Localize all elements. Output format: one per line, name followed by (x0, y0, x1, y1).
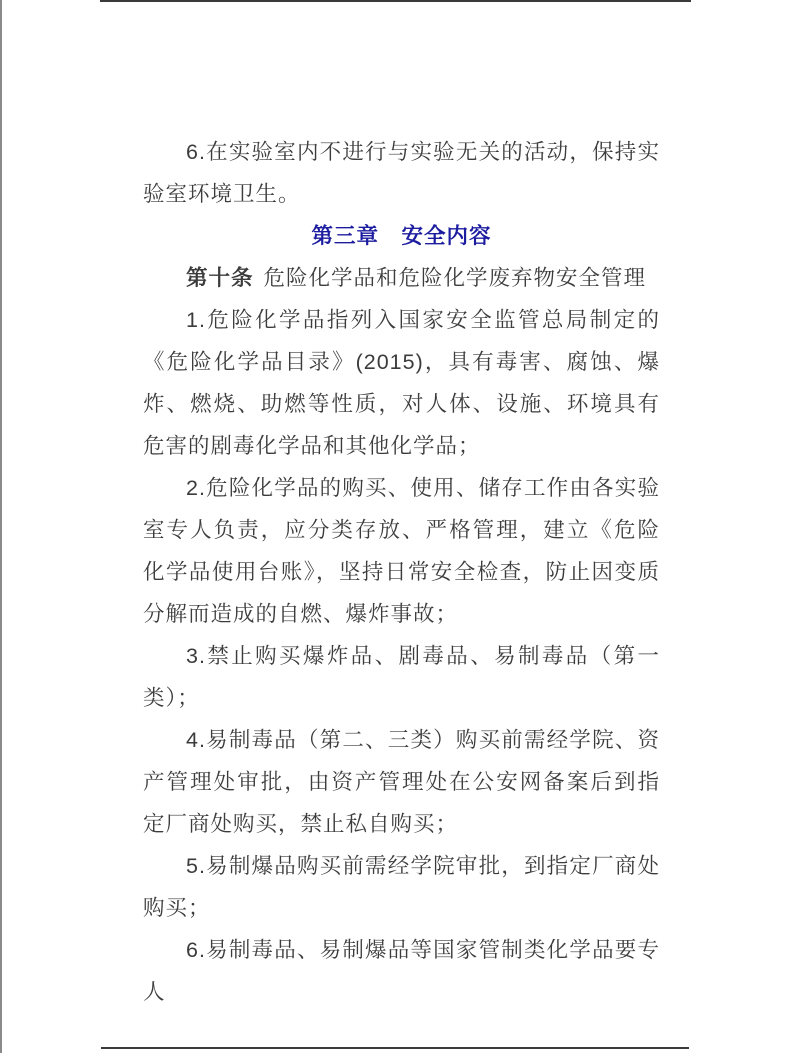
list-item-2: 2.危险化学品的购买、使用、储存工作由各实验室专人负责，应分类存放、严格管理，建… (143, 467, 660, 635)
page-left-edge-line (0, 0, 2, 1053)
document-page: 6.在实验室内不进行与实验无关的活动，保持实验室环境卫生。 第三章 安全内容 第… (0, 0, 800, 1053)
article-title: 危险化学品和危险化学废弃物安全管理 (264, 266, 647, 290)
page-top-rule (100, 0, 691, 2)
chapter-heading: 第三章 安全内容 (143, 215, 660, 257)
list-item-1: 1.危险化学品指列入国家安全监管总局制定的《危险化学品目录》(2015)，具有毒… (143, 299, 660, 467)
page-bottom-rule (101, 1047, 689, 1049)
list-item-3: 3.禁止购买爆炸品、剧毒品、易制毒品（第一类）； (143, 635, 660, 719)
list-item-4: 4.易制毒品（第二、三类）购买前需经学院、资产管理处审批，由资产管理处在公安网备… (143, 719, 660, 845)
article-number-label: 第十条 (186, 266, 254, 290)
paragraph-previous-section-tail: 6.在实验室内不进行与实验无关的活动，保持实验室环境卫生。 (143, 131, 660, 215)
list-item-5: 5.易制爆品购买前需经学院审批，到指定厂商处购买； (143, 845, 660, 929)
page-content: 6.在实验室内不进行与实验无关的活动，保持实验室环境卫生。 第三章 安全内容 第… (143, 131, 660, 1013)
article-heading: 第十条危险化学品和危险化学废弃物安全管理 (143, 257, 660, 299)
list-item-6-partial: 6.易制毒品、易制爆品等国家管制类化学品要专人 (143, 929, 660, 1013)
